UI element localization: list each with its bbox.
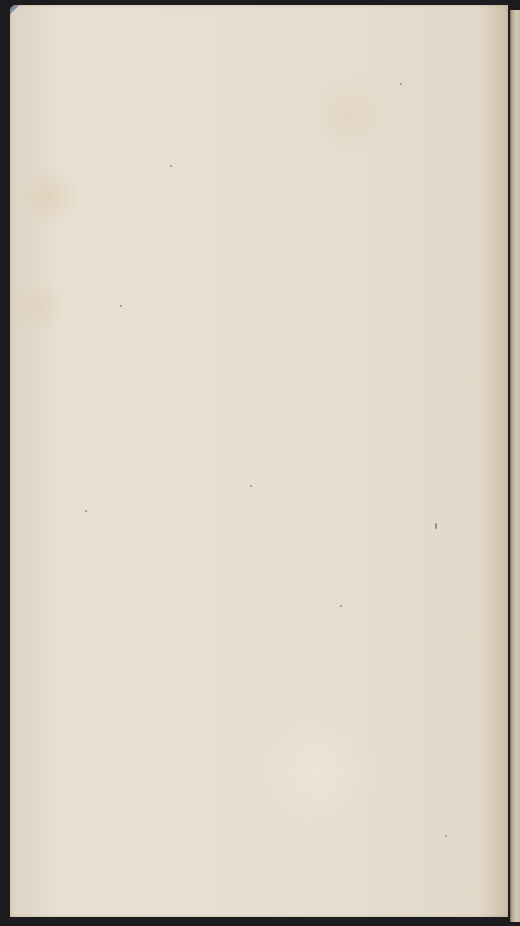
paper-speck bbox=[250, 485, 252, 487]
blank-page bbox=[10, 5, 508, 917]
page-corner-fold bbox=[10, 5, 20, 15]
paper-speck bbox=[120, 305, 122, 307]
paper-speck bbox=[445, 835, 447, 837]
paper-speck bbox=[85, 510, 87, 512]
paper-speck bbox=[170, 165, 172, 167]
paper-speck bbox=[400, 83, 402, 85]
adjacent-page-edge bbox=[510, 10, 520, 922]
paper-speck bbox=[340, 605, 342, 607]
paper-speck bbox=[435, 523, 437, 529]
